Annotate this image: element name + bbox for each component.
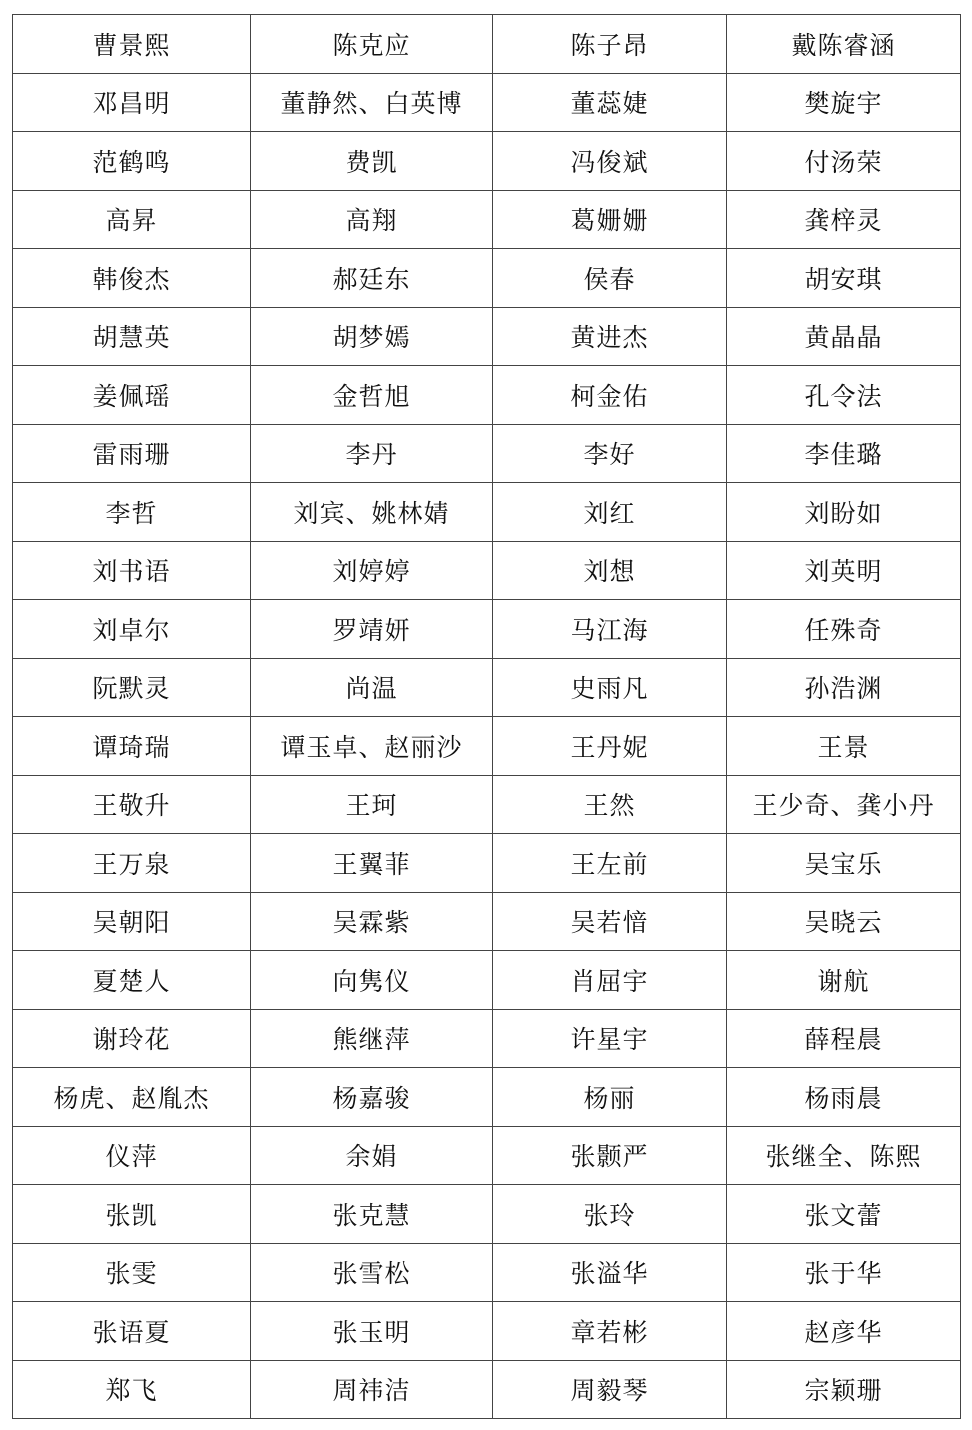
table-row: 范鹤鸣费凯冯俊斌付汤荣 <box>13 132 961 191</box>
name-cell: 张溢华 <box>493 1243 727 1302</box>
name-cell: 张继全、陈熙 <box>727 1126 961 1185</box>
name-cell: 黄进杰 <box>493 307 727 366</box>
name-cell: 曹景熙 <box>13 15 251 74</box>
name-cell: 孔令法 <box>727 366 961 425</box>
name-cell: 谭琦瑞 <box>13 717 251 776</box>
name-cell: 刘想 <box>493 541 727 600</box>
name-cell: 余娟 <box>251 1126 493 1185</box>
names-table-body: 曹景熙陈克应陈子昂戴陈睿涵邓昌明董静然、白英博董蕊婕樊旋宇范鹤鸣费凯冯俊斌付汤荣… <box>13 15 961 1419</box>
name-cell: 王然 <box>493 775 727 834</box>
name-cell: 李佳璐 <box>727 424 961 483</box>
name-cell: 王左前 <box>493 834 727 893</box>
names-table: 曹景熙陈克应陈子昂戴陈睿涵邓昌明董静然、白英博董蕊婕樊旋宇范鹤鸣费凯冯俊斌付汤荣… <box>12 14 961 1419</box>
table-row: 王万泉王翼菲王左前吴宝乐 <box>13 834 961 893</box>
table-row: 仪萍余娟张颢严张继全、陈熙 <box>13 1126 961 1185</box>
name-cell: 谢航 <box>727 951 961 1010</box>
name-cell: 戴陈睿涵 <box>727 15 961 74</box>
name-cell: 付汤荣 <box>727 132 961 191</box>
name-cell: 刘宾、姚林婧 <box>251 483 493 542</box>
table-row: 刘书语刘婷婷刘想刘英明 <box>13 541 961 600</box>
table-row: 刘卓尔罗靖妍马江海任殊奇 <box>13 600 961 659</box>
table-row: 张凯张克慧张玲张文蕾 <box>13 1185 961 1244</box>
name-cell: 张玉明 <box>251 1302 493 1361</box>
table-row: 姜佩瑶金哲旭柯金佑孔令法 <box>13 366 961 425</box>
name-cell: 刘婷婷 <box>251 541 493 600</box>
table-row: 王敬升王珂王然王少奇、龚小丹 <box>13 775 961 834</box>
name-cell: 张颢严 <box>493 1126 727 1185</box>
name-cell: 刘书语 <box>13 541 251 600</box>
table-row: 胡慧英胡梦嫣黄进杰黄晶晶 <box>13 307 961 366</box>
name-cell: 谢玲花 <box>13 1009 251 1068</box>
name-cell: 向隽仪 <box>251 951 493 1010</box>
name-cell: 谭玉卓、赵丽沙 <box>251 717 493 776</box>
name-cell: 尚温 <box>251 658 493 717</box>
name-cell: 宗颖珊 <box>727 1360 961 1419</box>
name-cell: 肖屈宇 <box>493 951 727 1010</box>
name-cell: 郝廷东 <box>251 249 493 308</box>
name-cell: 周祎洁 <box>251 1360 493 1419</box>
name-cell: 金哲旭 <box>251 366 493 425</box>
table-row: 张语夏张玉明章若彬赵彦华 <box>13 1302 961 1361</box>
name-cell: 孙浩渊 <box>727 658 961 717</box>
name-cell: 吴宝乐 <box>727 834 961 893</box>
table-row: 张雯张雪松张溢华张于华 <box>13 1243 961 1302</box>
name-cell: 吴霖紫 <box>251 892 493 951</box>
name-cell: 杨虎、赵胤杰 <box>13 1068 251 1127</box>
name-cell: 薛程晨 <box>727 1009 961 1068</box>
name-cell: 赵彦华 <box>727 1302 961 1361</box>
name-cell: 张雪松 <box>251 1243 493 1302</box>
name-cell: 刘英明 <box>727 541 961 600</box>
name-cell: 黄晶晶 <box>727 307 961 366</box>
name-cell: 阮默灵 <box>13 658 251 717</box>
name-cell: 张凯 <box>13 1185 251 1244</box>
name-cell: 樊旋宇 <box>727 73 961 132</box>
name-cell: 韩俊杰 <box>13 249 251 308</box>
table-row: 邓昌明董静然、白英博董蕊婕樊旋宇 <box>13 73 961 132</box>
name-cell: 邓昌明 <box>13 73 251 132</box>
name-cell: 董蕊婕 <box>493 73 727 132</box>
name-cell: 张文蕾 <box>727 1185 961 1244</box>
name-cell: 吴朝阳 <box>13 892 251 951</box>
name-cell: 杨雨晨 <box>727 1068 961 1127</box>
table-row: 高昇高翔葛姗姗龚梓灵 <box>13 190 961 249</box>
name-cell: 侯春 <box>493 249 727 308</box>
name-cell: 龚梓灵 <box>727 190 961 249</box>
name-cell: 冯俊斌 <box>493 132 727 191</box>
name-cell: 胡慧英 <box>13 307 251 366</box>
name-cell: 李哲 <box>13 483 251 542</box>
name-cell: 张语夏 <box>13 1302 251 1361</box>
name-cell: 张克慧 <box>251 1185 493 1244</box>
table-row: 谭琦瑞谭玉卓、赵丽沙王丹妮王景 <box>13 717 961 776</box>
name-cell: 刘卓尔 <box>13 600 251 659</box>
name-cell: 仪萍 <box>13 1126 251 1185</box>
name-cell: 熊继萍 <box>251 1009 493 1068</box>
name-cell: 王敬升 <box>13 775 251 834</box>
name-cell: 张雯 <box>13 1243 251 1302</box>
name-cell: 史雨凡 <box>493 658 727 717</box>
name-cell: 许星宇 <box>493 1009 727 1068</box>
table-row: 阮默灵尚温史雨凡孙浩渊 <box>13 658 961 717</box>
name-cell: 夏楚人 <box>13 951 251 1010</box>
name-cell: 吴若愔 <box>493 892 727 951</box>
name-cell: 陈子昂 <box>493 15 727 74</box>
name-cell: 马江海 <box>493 600 727 659</box>
name-cell: 范鹤鸣 <box>13 132 251 191</box>
name-cell: 郑飞 <box>13 1360 251 1419</box>
name-cell: 胡安琪 <box>727 249 961 308</box>
name-cell: 杨丽 <box>493 1068 727 1127</box>
table-row: 李哲刘宾、姚林婧刘红刘盼如 <box>13 483 961 542</box>
name-cell: 陈克应 <box>251 15 493 74</box>
name-cell: 吴晓云 <box>727 892 961 951</box>
name-cell: 杨嘉骏 <box>251 1068 493 1127</box>
name-cell: 章若彬 <box>493 1302 727 1361</box>
name-cell: 张玲 <box>493 1185 727 1244</box>
name-cell: 周毅琴 <box>493 1360 727 1419</box>
name-cell: 费凯 <box>251 132 493 191</box>
name-cell: 董静然、白英博 <box>251 73 493 132</box>
name-cell: 王少奇、龚小丹 <box>727 775 961 834</box>
name-cell: 王丹妮 <box>493 717 727 776</box>
table-row: 雷雨珊李丹李好李佳璐 <box>13 424 961 483</box>
name-cell: 柯金佑 <box>493 366 727 425</box>
name-cell: 王万泉 <box>13 834 251 893</box>
name-cell: 李丹 <box>251 424 493 483</box>
name-cell: 高翔 <box>251 190 493 249</box>
name-cell: 胡梦嫣 <box>251 307 493 366</box>
table-row: 韩俊杰郝廷东侯春胡安琪 <box>13 249 961 308</box>
table-row: 郑飞周祎洁周毅琴宗颖珊 <box>13 1360 961 1419</box>
name-cell: 高昇 <box>13 190 251 249</box>
name-cell: 雷雨珊 <box>13 424 251 483</box>
name-cell: 姜佩瑶 <box>13 366 251 425</box>
name-cell: 刘盼如 <box>727 483 961 542</box>
name-cell: 罗靖妍 <box>251 600 493 659</box>
name-cell: 李好 <box>493 424 727 483</box>
name-cell: 王景 <box>727 717 961 776</box>
name-cell: 张于华 <box>727 1243 961 1302</box>
name-cell: 任殊奇 <box>727 600 961 659</box>
name-cell: 刘红 <box>493 483 727 542</box>
table-row: 杨虎、赵胤杰杨嘉骏杨丽杨雨晨 <box>13 1068 961 1127</box>
name-cell: 王珂 <box>251 775 493 834</box>
table-row: 谢玲花熊继萍许星宇薛程晨 <box>13 1009 961 1068</box>
table-row: 曹景熙陈克应陈子昂戴陈睿涵 <box>13 15 961 74</box>
table-row: 吴朝阳吴霖紫吴若愔吴晓云 <box>13 892 961 951</box>
name-cell: 王翼菲 <box>251 834 493 893</box>
name-cell: 葛姗姗 <box>493 190 727 249</box>
table-row: 夏楚人向隽仪肖屈宇谢航 <box>13 951 961 1010</box>
